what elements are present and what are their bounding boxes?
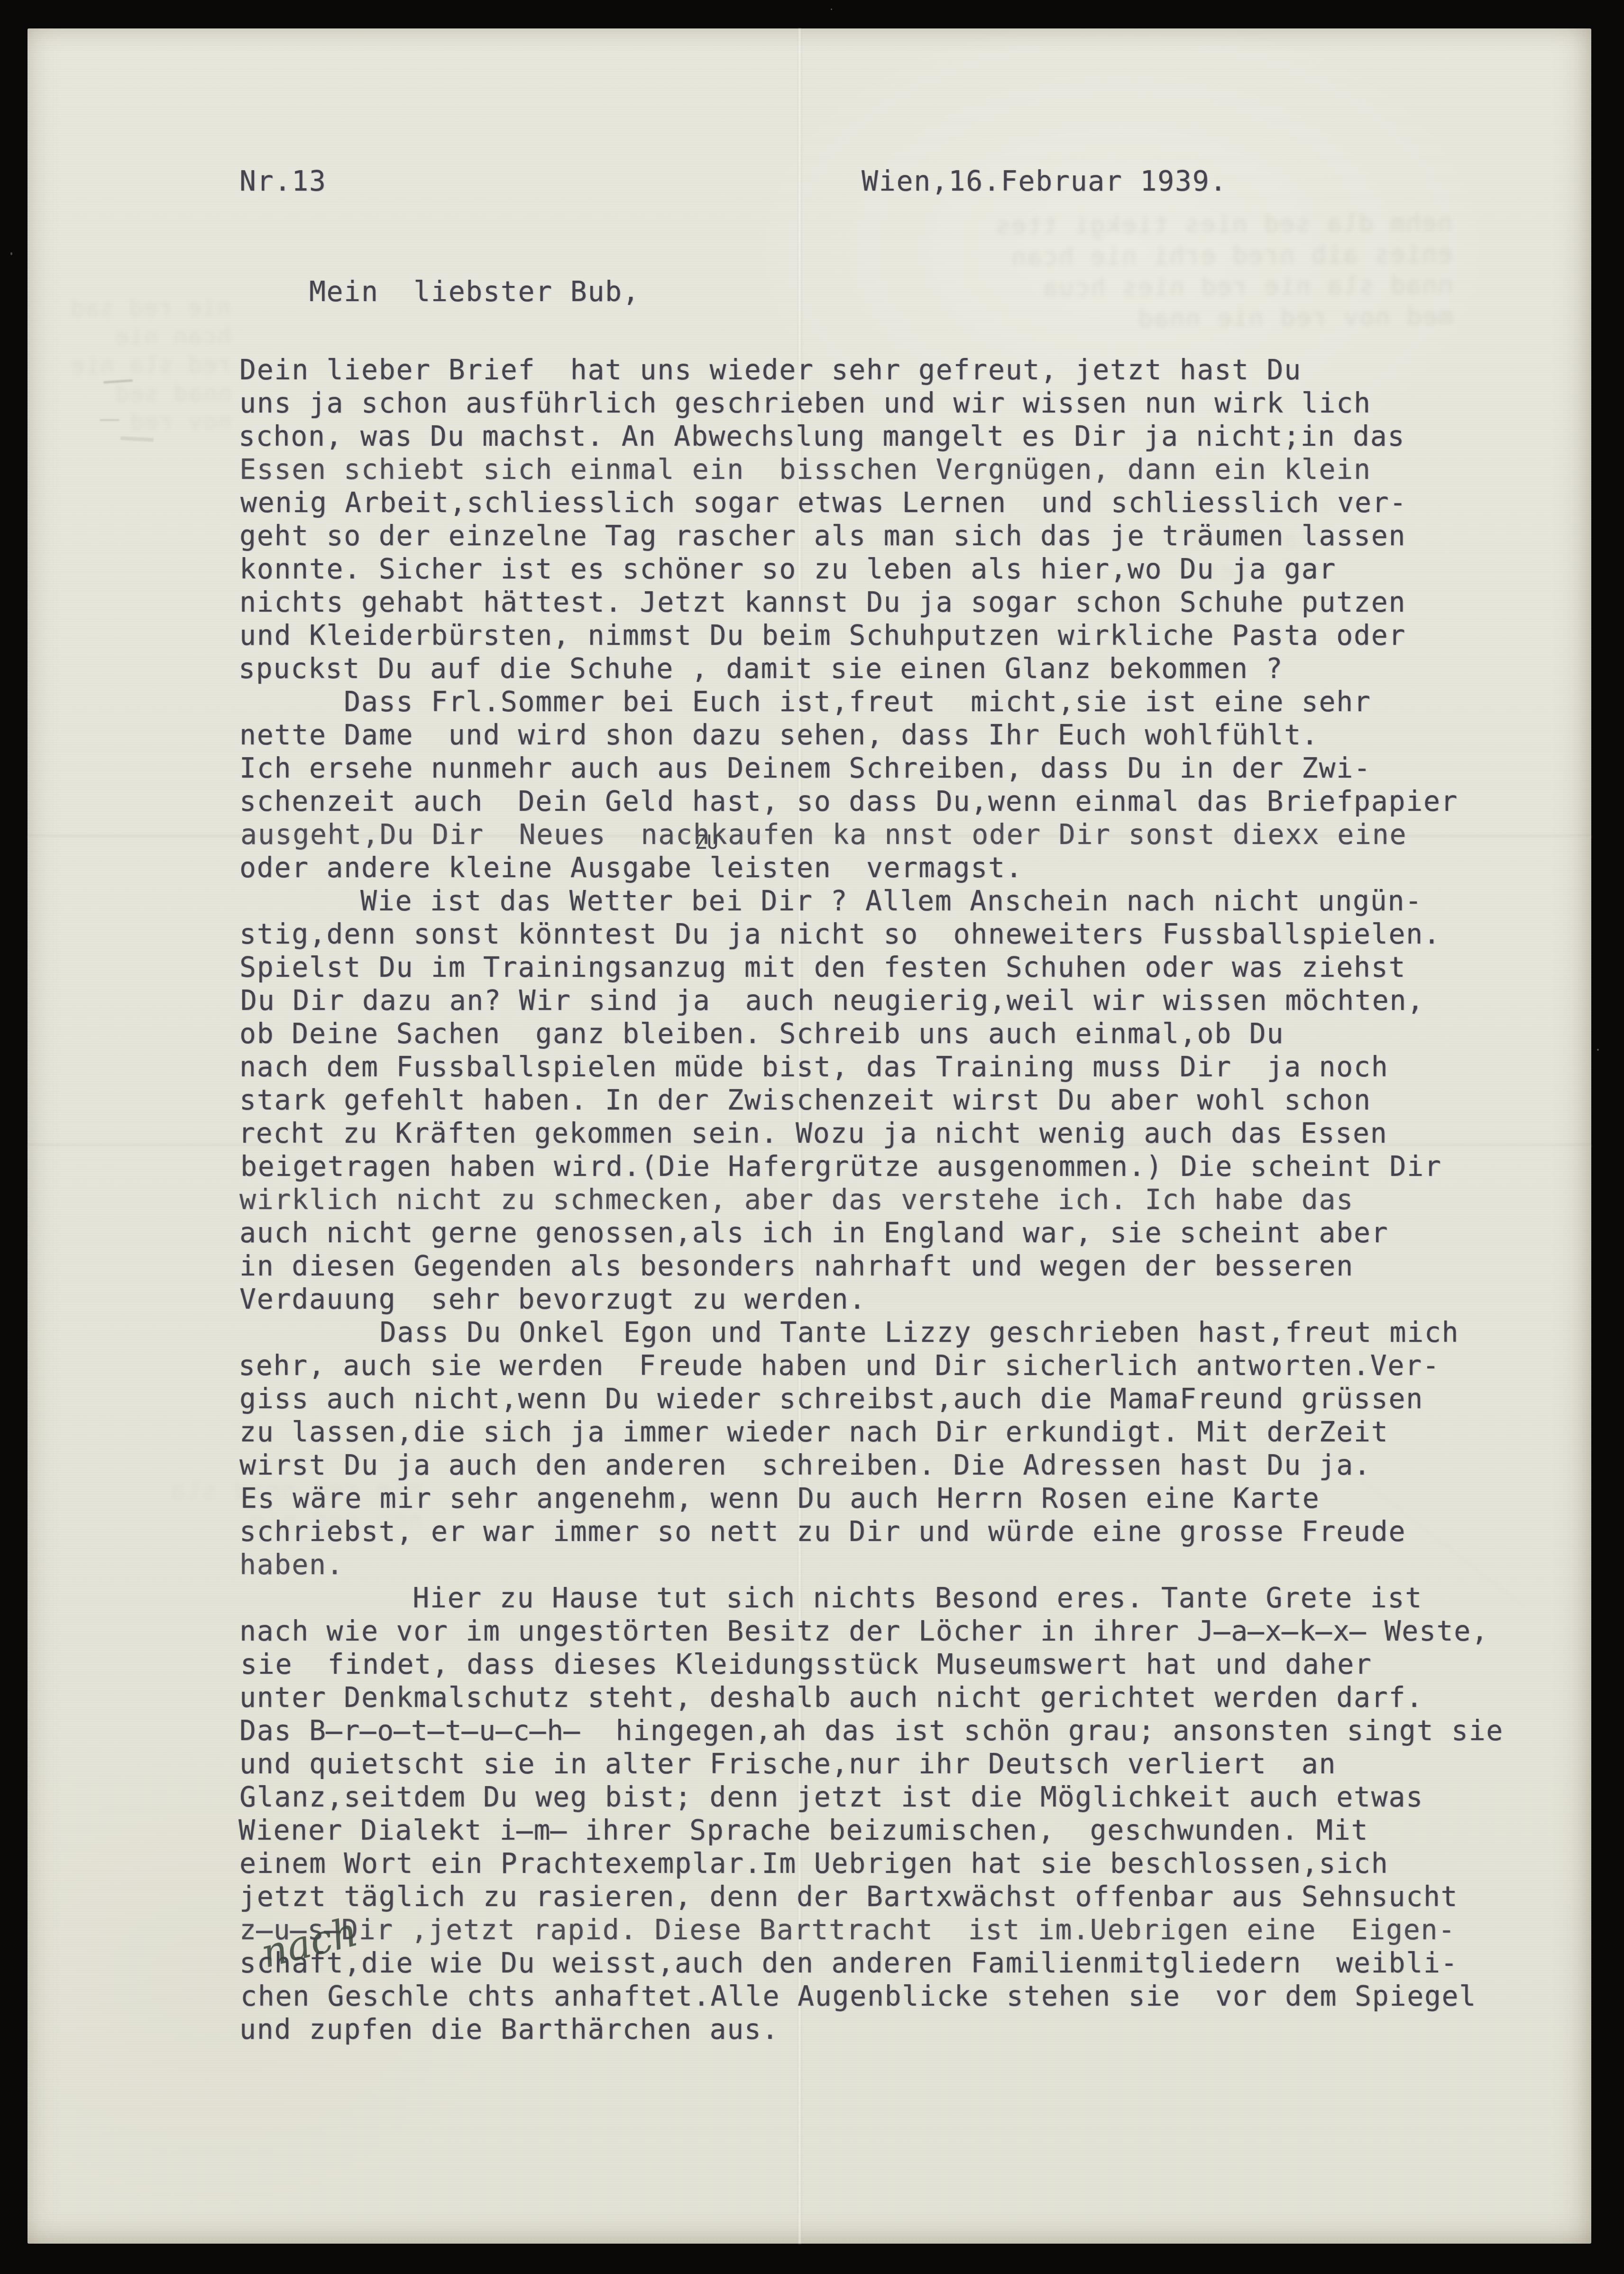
typed-line: schriebst, er war immer so nett zu Dir u… <box>239 1515 1504 1548</box>
typed-line: in diesen Gegenden als besonders nahrhaf… <box>239 1249 1504 1283</box>
dust-speck <box>10 252 12 255</box>
typed-line: ob Deine Sachen ganz bleiben. Schreib un… <box>239 1017 1504 1050</box>
typed-line: geht so der einzelne Tag rascher als man… <box>239 519 1504 552</box>
letter-page: nehm dla sed nies tiekgi ttes enies aib … <box>28 28 1591 2244</box>
typed-line: unter Denkmalschutz steht, deshalb auch … <box>239 1681 1504 1714</box>
typed-line: einem Wort ein Prachtexemplar.Im Uebrige… <box>239 1847 1504 1880</box>
typed-line: spuckst Du auf die Schuhe , damit sie ei… <box>239 652 1503 685</box>
bleedthrough-text-top-right: nehm dla sed nies tiekgi ttes enies aib … <box>994 207 1453 336</box>
typed-line: Wiener Dialekt i̶m̶ ihrer Sprache beizum… <box>239 1814 1503 1847</box>
typed-insertion-zu: ZU <box>695 832 719 853</box>
typed-line: konnte. Sicher ist es schöner so zu lebe… <box>239 552 1504 586</box>
typed-line: Spielst Du im Trainingsanzug mit den fes… <box>239 951 1504 984</box>
letter-dateline: Wien,16.Februar 1939. <box>862 165 1227 198</box>
typed-line: Das B̶r̶o̶t̶t̶u̶c̶h̶ hingegen,ah das ist… <box>239 1714 1504 1747</box>
typed-line: Glanz,seitdem Du weg bist; denn jetzt is… <box>239 1780 1504 1814</box>
typed-line: Hier zu Hause tut sich nichts Besond ere… <box>239 1581 1503 1614</box>
typed-line: recht zu Kräften gekommen sein. Wozu ja … <box>239 1117 1503 1150</box>
salutation: Mein liebster Bub, <box>239 275 640 308</box>
typed-line: stig,denn sonst könntest Du ja nicht so … <box>239 917 1504 951</box>
dust-speck <box>831 9 832 10</box>
typed-line: nach dem Fussballspielen müde bist, das … <box>239 1050 1504 1083</box>
typed-line: Dass Du Onkel Egon und Tante Lizzy gesch… <box>240 1316 1505 1349</box>
typed-line: haben. <box>239 1548 1504 1581</box>
typed-line: uns ja schon ausführlich geschrieben und… <box>239 386 1504 420</box>
typed-line: schaft,die wie Du weisst,auch den andere… <box>239 1946 1504 1980</box>
typed-line: auch nicht gerne genossen,als ich in Eng… <box>239 1216 1504 1249</box>
typed-line: sehr, auch sie werden Freude haben und D… <box>239 1349 1503 1382</box>
typed-line: und quietscht sie in alter Frische,nur i… <box>239 1747 1504 1780</box>
typed-line: beigetragen haben wird.(Die Hafergrütze … <box>240 1150 1505 1183</box>
letter-body: Dein lieber Brief hat uns wieder sehr ge… <box>239 353 1504 2046</box>
typed-line: Du Dir dazu an? Wir sind ja auch neugier… <box>240 984 1505 1017</box>
typed-line: oder andere kleine Ausgabe leisten verma… <box>239 851 1504 884</box>
margin-smudge <box>100 419 119 421</box>
typed-line: chen Geschle chts anhaftet.Alle Augenbli… <box>240 1980 1505 2013</box>
bleedthrough-text-mid-left: nie red sad hcan nie red sla nie nnad se… <box>70 293 232 437</box>
typed-line: giss auch nicht,wenn Du wieder schreibst… <box>239 1382 1504 1415</box>
typed-line: ausgeht,Du Dir Neues nachkaufen ka nnst … <box>240 818 1505 851</box>
typed-line: nette Dame und wird shon dazu sehen, das… <box>239 718 1504 752</box>
typed-line: nichts gehabt hättest. Jetzt kannst Du j… <box>239 586 1504 619</box>
typed-line: Essen schiebt sich einmal ein bisschen V… <box>239 453 1504 486</box>
margin-smudge <box>120 436 154 442</box>
typed-line: stark gefehlt haben. In der Zwischenzeit… <box>239 1083 1504 1117</box>
typed-line: z̶u̶s̶Dir ,jetzt rapid. Diese Barttracht… <box>239 1913 1504 1946</box>
typed-line: Verdauung sehr bevorzugt zu werden. <box>239 1283 1504 1316</box>
typed-line: jetzt täglich zu rasieren, denn der Bart… <box>239 1880 1504 1913</box>
typed-line: zu lassen,die sich ja immer wieder nach … <box>239 1415 1504 1449</box>
typed-line: Ich ersehe nunmehr auch aus Deinem Schre… <box>239 752 1504 785</box>
typed-line: Dass Frl.Sommer bei Euch ist,freut micht… <box>239 685 1504 718</box>
typed-line: Dein lieber Brief hat uns wieder sehr ge… <box>239 353 1504 386</box>
letter-number: Nr.13 <box>239 165 327 198</box>
dust-speck <box>1597 1049 1599 1051</box>
typed-line: schenzeit auch Dein Geld hast, so dass D… <box>239 785 1504 818</box>
typed-line: schon, was Du machst. An Abwechslung man… <box>239 420 1503 453</box>
typed-line: und zupfen die Barthärchen aus. <box>239 2013 1504 2046</box>
typed-line: wenig Arbeit,schliesslich sogar etwas Le… <box>240 486 1505 519</box>
typed-line: sie findet, dass dieses Kleidungsstück M… <box>240 1648 1505 1681</box>
scan-photo: { "photo": { "background_color": "#0b090… <box>0 0 1624 2274</box>
typed-line: nach wie vor im ungestörten Besitz der L… <box>239 1614 1504 1648</box>
typed-line: Es wäre mir sehr angenehm, wenn Du auch … <box>240 1482 1505 1515</box>
typed-line: wirst Du ja auch den anderen schreiben. … <box>239 1449 1504 1482</box>
typed-line: und Kleiderbürsten, nimmst Du beim Schuh… <box>239 619 1504 652</box>
typed-line: Wie ist das Wetter bei Dir ? Allem Ansch… <box>239 884 1503 917</box>
typed-line: wirklich nicht zu schmecken, aber das ve… <box>239 1183 1504 1216</box>
